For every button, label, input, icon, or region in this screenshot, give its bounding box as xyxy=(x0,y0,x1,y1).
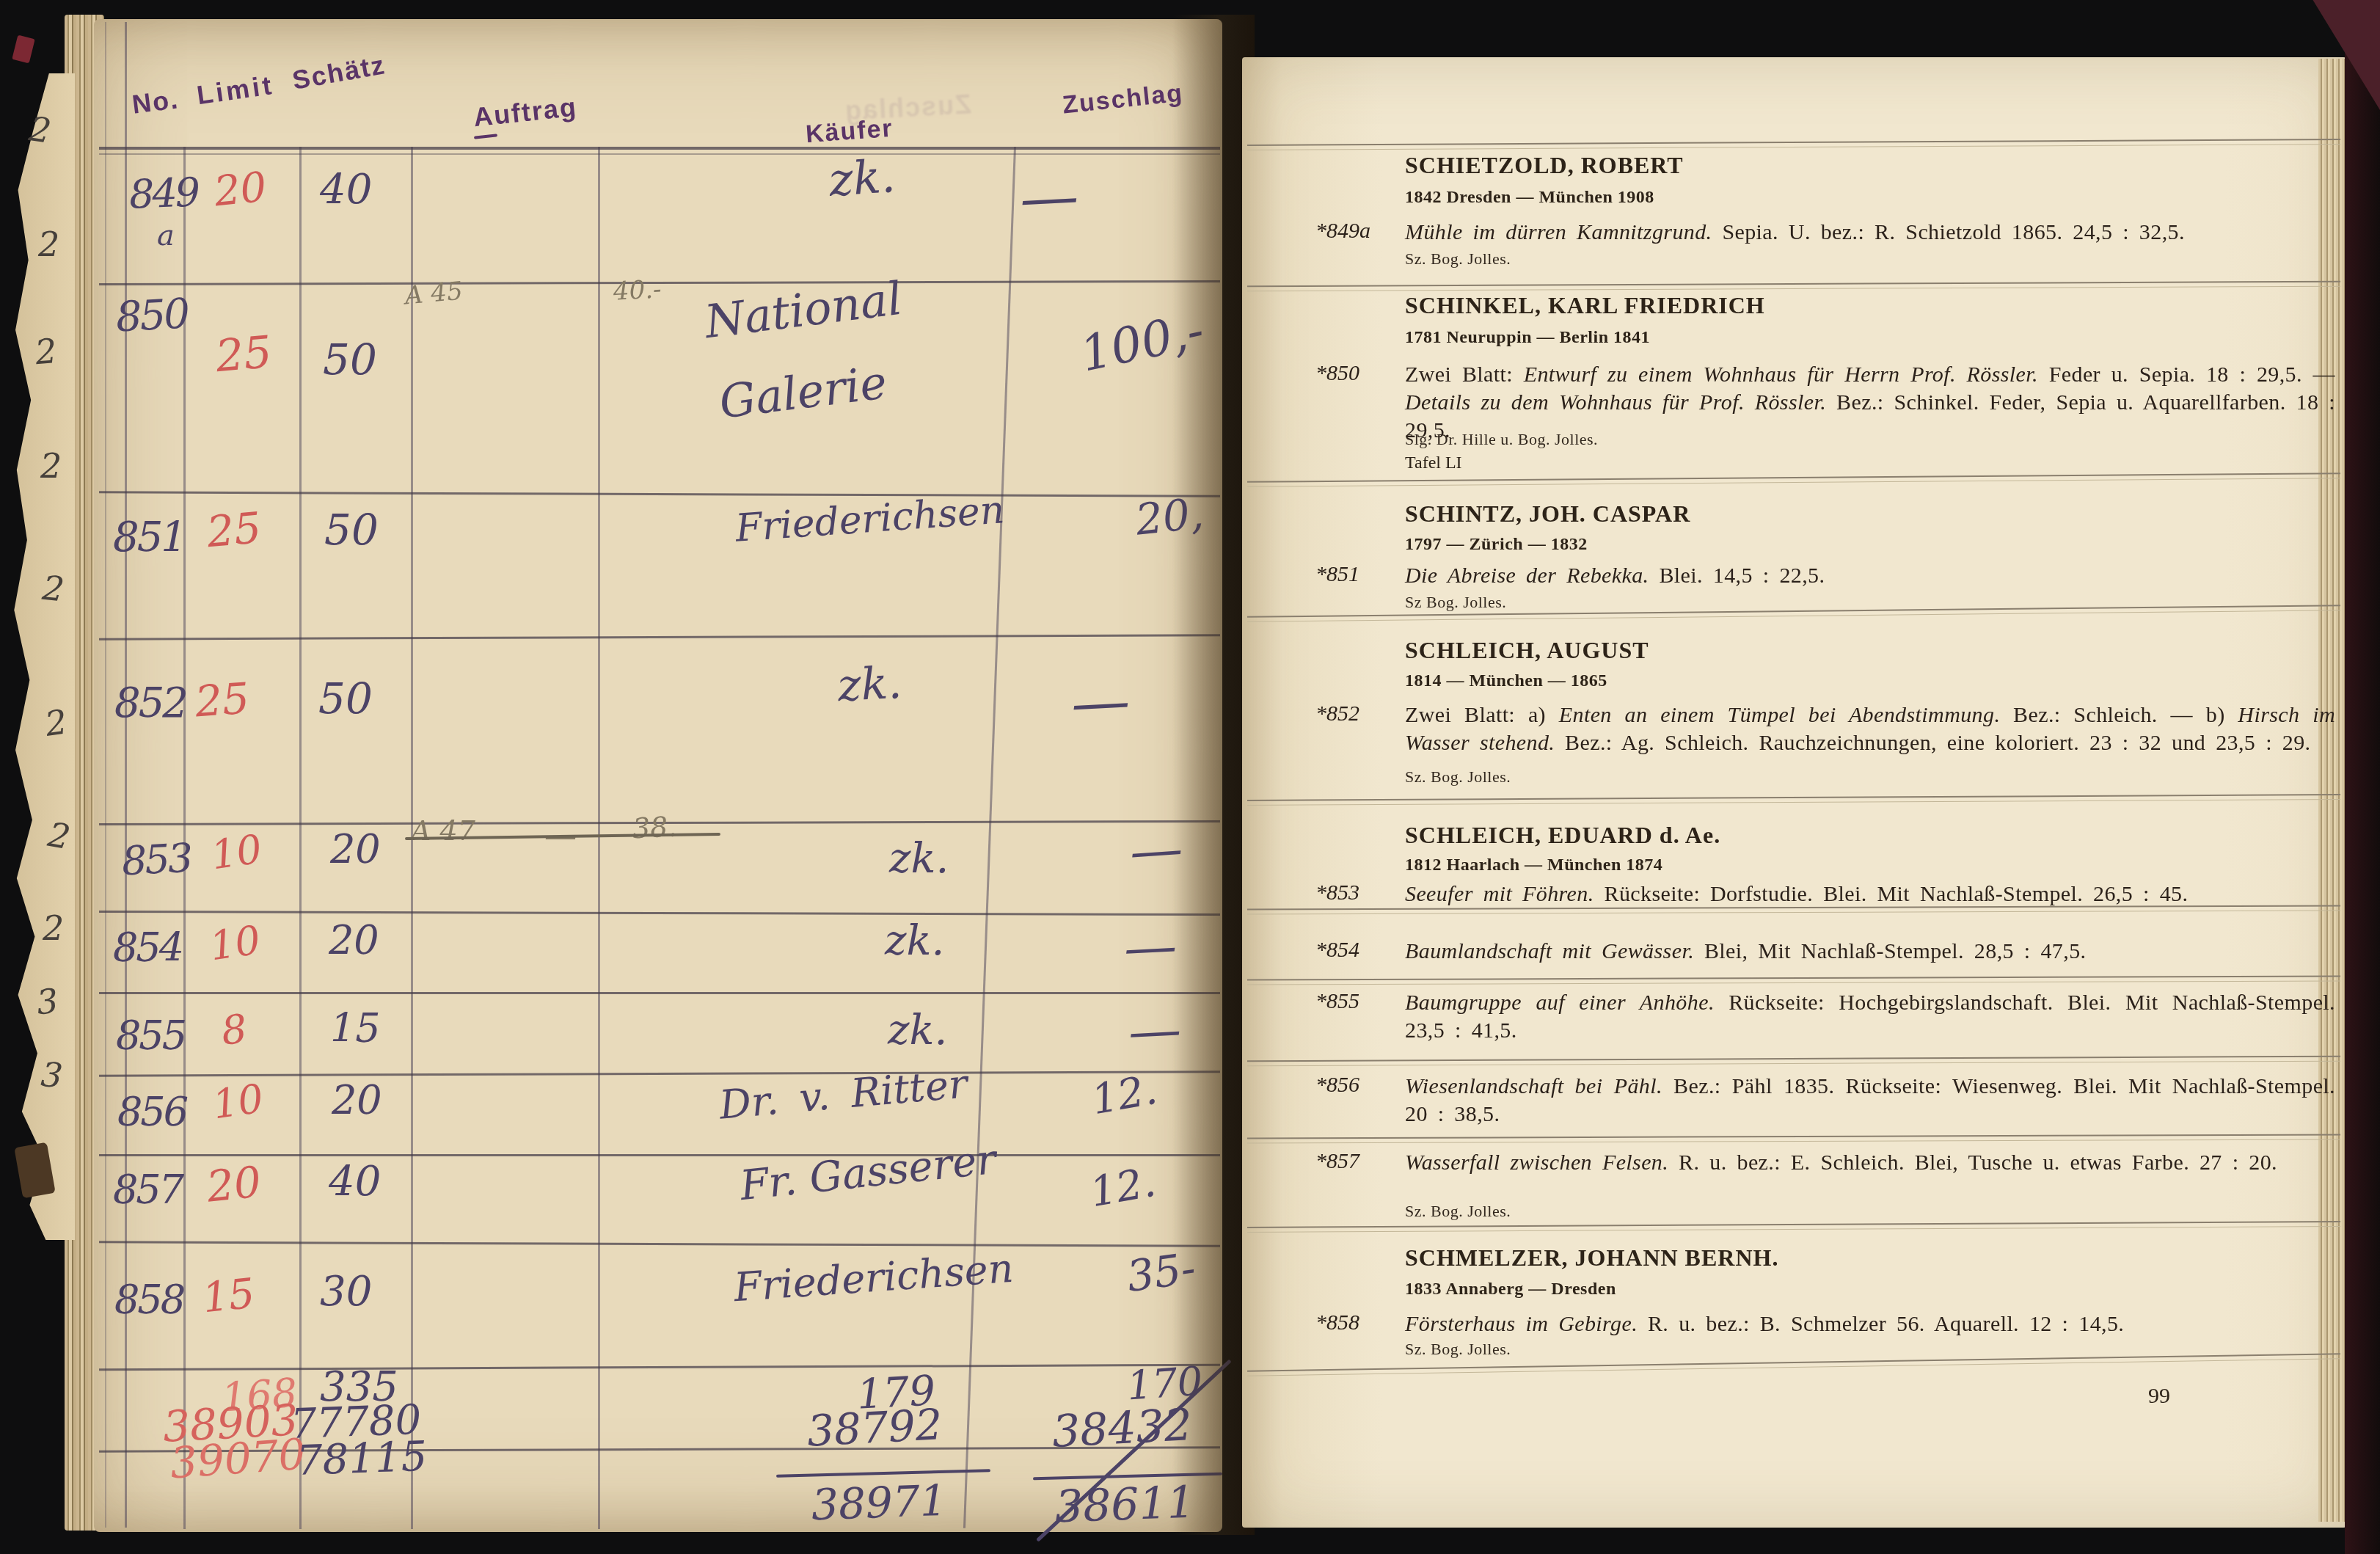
lot-number: *854 xyxy=(1315,938,1402,963)
catalog-entry: Wasserfall zwischen Felsen. R. u. bez.: … xyxy=(1405,1149,2335,1177)
lot-no: 855 xyxy=(116,1013,185,1059)
plate-reference: Tafel LI xyxy=(1405,453,1462,473)
schaetz-value: 30 xyxy=(320,1268,372,1316)
book-scan: 2 2 2 2 2 2 2 2 3 3 No. Limit Schätz Auf… xyxy=(0,0,2380,1554)
lot-no: 851 xyxy=(113,514,185,561)
kaeufer-value: zk. xyxy=(889,835,949,883)
artist-dates: 1814 — München — 1865 xyxy=(1405,671,1607,691)
lot-no: 856 xyxy=(117,1089,186,1135)
catalog-page xyxy=(1242,57,2346,1528)
header-stamp-no: No. xyxy=(131,84,181,120)
schaetz-value: 15 xyxy=(330,1005,381,1051)
catalog-entry: Baumlandschaft mit Gewässer. Blei, Mit N… xyxy=(1405,938,2335,966)
auftrag-note: A 45 xyxy=(404,277,464,311)
provenance: Sz Bog. Jolles. xyxy=(1405,593,1506,612)
provenance: Slg. Dr. Hille u. Bog. Jolles. xyxy=(1405,430,1598,449)
provenance: Sz. Bog. Jolles. xyxy=(1405,767,1511,787)
entry-text: Bez.: Ag. Schleich. Rauchzeichnungen, ei… xyxy=(1555,731,2310,755)
lot-no: 858 xyxy=(114,1277,183,1323)
schaetz-value: 50 xyxy=(318,674,373,723)
lot-no: 853 xyxy=(120,835,191,885)
lot-number: *849a xyxy=(1315,219,1402,244)
entry-title: Enten an einem Tümpel bei Abendstimmung. xyxy=(1559,703,2001,727)
column-rule xyxy=(598,147,600,1529)
lot-no-suffix: a xyxy=(157,219,175,252)
entry-title: Die Abreise der Rebekka. xyxy=(1405,563,1649,588)
edge-mark: 2 xyxy=(43,908,64,948)
entry-title: Mühle im dürren Kamnitzgrund. xyxy=(1405,220,1712,244)
entry-text: Rückseite: Dorfstudie. Blei. Mit Nachlaß… xyxy=(1594,882,2189,906)
limit-value: 8 xyxy=(219,1005,249,1054)
edge-mark: 2 xyxy=(40,568,66,610)
catalog-entry: Die Abreise der Rebekka. Blei. 14,5 : 22… xyxy=(1405,562,2335,590)
zuschlag-value: — xyxy=(1070,666,1132,737)
entry-text: R. u. bez.: E. Schleich. Blei, Tusche u.… xyxy=(1668,1150,2277,1175)
entry-title: Entwurf zu einem Wohnhaus für Herrn Prof… xyxy=(1524,362,2038,387)
limit-value: 20 xyxy=(205,1156,264,1211)
page-stack-edge-right xyxy=(2318,59,2345,1522)
lot-no: 849 xyxy=(128,169,199,217)
lot-number: *852 xyxy=(1315,701,1402,726)
artist-heading: SCHMELZER, JOHANN BERNH. xyxy=(1405,1244,1778,1272)
kaeufer-value: zk. xyxy=(888,1007,947,1054)
provenance: Sz. Bog. Jolles. xyxy=(1405,249,1511,269)
entry-text: Blei, Mit Nachlaß-Stempel. 28,5 : 47,5. xyxy=(1694,939,2086,963)
edge-mark: 2 xyxy=(34,331,59,372)
auftrag-note-struck: A 47 xyxy=(411,814,475,847)
artist-dates: 1812 Haarlach — München 1874 xyxy=(1405,856,1662,875)
provenance: Sz. Bog. Jolles. xyxy=(1405,1340,1511,1359)
column-rule xyxy=(299,147,302,1529)
row-rule xyxy=(99,1154,1220,1156)
zuschlag-value: — xyxy=(1123,914,1178,979)
limit-value: 10 xyxy=(208,826,265,879)
schaetz-value: 20 xyxy=(332,1077,382,1123)
lot-number: *853 xyxy=(1315,880,1402,905)
auftrag-note-struck: 38. xyxy=(632,810,678,845)
entry-title: Wasserfall zwischen Felsen. xyxy=(1405,1150,1668,1175)
provenance: Sz. Bog. Jolles. xyxy=(1405,1202,1511,1221)
entry-title: Wiesenlandschaft bei Pähl. xyxy=(1405,1074,1662,1098)
artist-heading: SCHINTZ, JOH. CASPAR xyxy=(1405,500,1690,528)
total-kaeufer: 38792 xyxy=(806,1399,943,1456)
kaeufer-value: zk. xyxy=(885,917,944,965)
catalog-entry: Baumgruppe auf einer Anhöhe. Rückseite: … xyxy=(1405,989,2335,1045)
entry-title: Baumgruppe auf einer Anhöhe. xyxy=(1405,991,1715,1015)
limit-value: 10 xyxy=(207,917,263,970)
limit-value: 25 xyxy=(213,327,274,382)
schaetz-value: 50 xyxy=(323,335,377,384)
artist-heading: SCHLEICH, AUGUST xyxy=(1405,637,1649,664)
page-number: 99 xyxy=(2148,1384,2170,1409)
schaetz-value: 20 xyxy=(329,917,379,963)
total-kaeufer: 38971 xyxy=(811,1475,948,1530)
limit-value: 15 xyxy=(200,1269,258,1322)
lot-number: *850 xyxy=(1315,361,1402,386)
edge-mark: 3 xyxy=(34,981,60,1023)
lot-number: *858 xyxy=(1315,1310,1402,1335)
edge-mark: 3 xyxy=(40,1054,65,1095)
total-schaetz: 78115 xyxy=(296,1433,428,1485)
entry-text: Zwei Blatt: xyxy=(1405,362,1524,387)
limit-value: 25 xyxy=(194,674,251,727)
column-rule xyxy=(105,22,106,1528)
artist-heading: SCHLEICH, EDUARD d. Ae. xyxy=(1405,822,1720,849)
limit-value: 20 xyxy=(212,163,269,216)
catalog-entry: Seeufer mit Föhren. Rückseite: Dorfstudi… xyxy=(1405,880,2335,908)
artist-dates: 1781 Neuruppin — Berlin 1841 xyxy=(1405,328,1650,348)
schaetz-value: 40 xyxy=(320,166,372,214)
lot-number: *857 xyxy=(1315,1149,1402,1174)
lot-no: 852 xyxy=(114,679,186,727)
lot-no: 850 xyxy=(114,290,189,341)
artist-dates: 1833 Annaberg — Dresden xyxy=(1405,1280,1616,1299)
entry-title: Seeufer mit Föhren. xyxy=(1405,882,1594,906)
header-rule xyxy=(99,153,1220,155)
lot-number: *856 xyxy=(1315,1073,1402,1098)
artist-heading: SCHIETZOLD, ROBERT xyxy=(1405,152,1684,179)
edge-mark: 2 xyxy=(38,225,59,264)
entry-text: Sepia. U. bez.: R. Schietzold 1865. 24,5… xyxy=(1712,220,2185,244)
catalog-entry: Wiesenlandschaft bei Pähl. Bez.: Pähl 18… xyxy=(1405,1073,2335,1128)
entry-text: Bez.: Schleich. — b) xyxy=(2000,703,2238,727)
entry-text: Zwei Blatt: a) xyxy=(1405,703,1559,727)
artist-heading: SCHINKEL, KARL FRIEDRICH xyxy=(1405,292,1765,319)
entry-text: Feder u. Sepia. 18 : 29,5. — xyxy=(2038,362,2335,387)
schaetz-value: 20 xyxy=(330,826,381,872)
artist-dates: 1842 Dresden — München 1908 xyxy=(1405,188,1654,208)
entry-title: Baumlandschaft mit Gewässer. xyxy=(1405,939,1694,963)
edge-mark: 2 xyxy=(40,446,62,486)
zuschlag-value: — xyxy=(1018,161,1081,233)
kaeufer-value: zk. xyxy=(828,149,897,207)
entry-title: Försterhaus im Gebirge. xyxy=(1405,1312,1638,1336)
lot-number: *851 xyxy=(1315,562,1402,587)
catalog-entry: Mühle im dürren Kamnitzgrund. Sepia. U. … xyxy=(1405,219,2335,247)
lot-number: *855 xyxy=(1315,989,1402,1014)
catalog-entry: Försterhaus im Gebirge. R. u. bez.: B. S… xyxy=(1405,1310,2335,1338)
entry-title: Details zu dem Wohnhaus für Prof. Rössle… xyxy=(1405,390,1826,415)
header-rule xyxy=(99,147,1220,150)
book-cover-edge xyxy=(2345,0,2380,1554)
row-rule xyxy=(99,992,1220,994)
schaetz-value: 50 xyxy=(324,505,379,555)
entry-text: Blei. 14,5 : 22,5. xyxy=(1649,563,1825,588)
kaeufer-value: zk. xyxy=(836,657,903,712)
entry-text: R. u. bez.: B. Schmelzer 56. Aquarell. 1… xyxy=(1638,1312,2124,1336)
catalog-entry: Zwei Blatt: a) Enten an einem Tümpel bei… xyxy=(1405,701,2335,757)
total-limit-red: 39070 xyxy=(169,1429,307,1489)
artist-dates: 1797 — Zürich — 1832 xyxy=(1405,535,1588,555)
auftrag-note: 40.- xyxy=(613,274,662,306)
limit-value: 25 xyxy=(205,503,263,557)
red-paper-scrap xyxy=(12,35,35,64)
lot-no: 857 xyxy=(113,1167,182,1213)
ledger-page xyxy=(94,19,1222,1532)
schaetz-value: 40 xyxy=(329,1158,381,1205)
limit-value: 10 xyxy=(210,1076,266,1128)
lot-no: 854 xyxy=(113,924,182,971)
